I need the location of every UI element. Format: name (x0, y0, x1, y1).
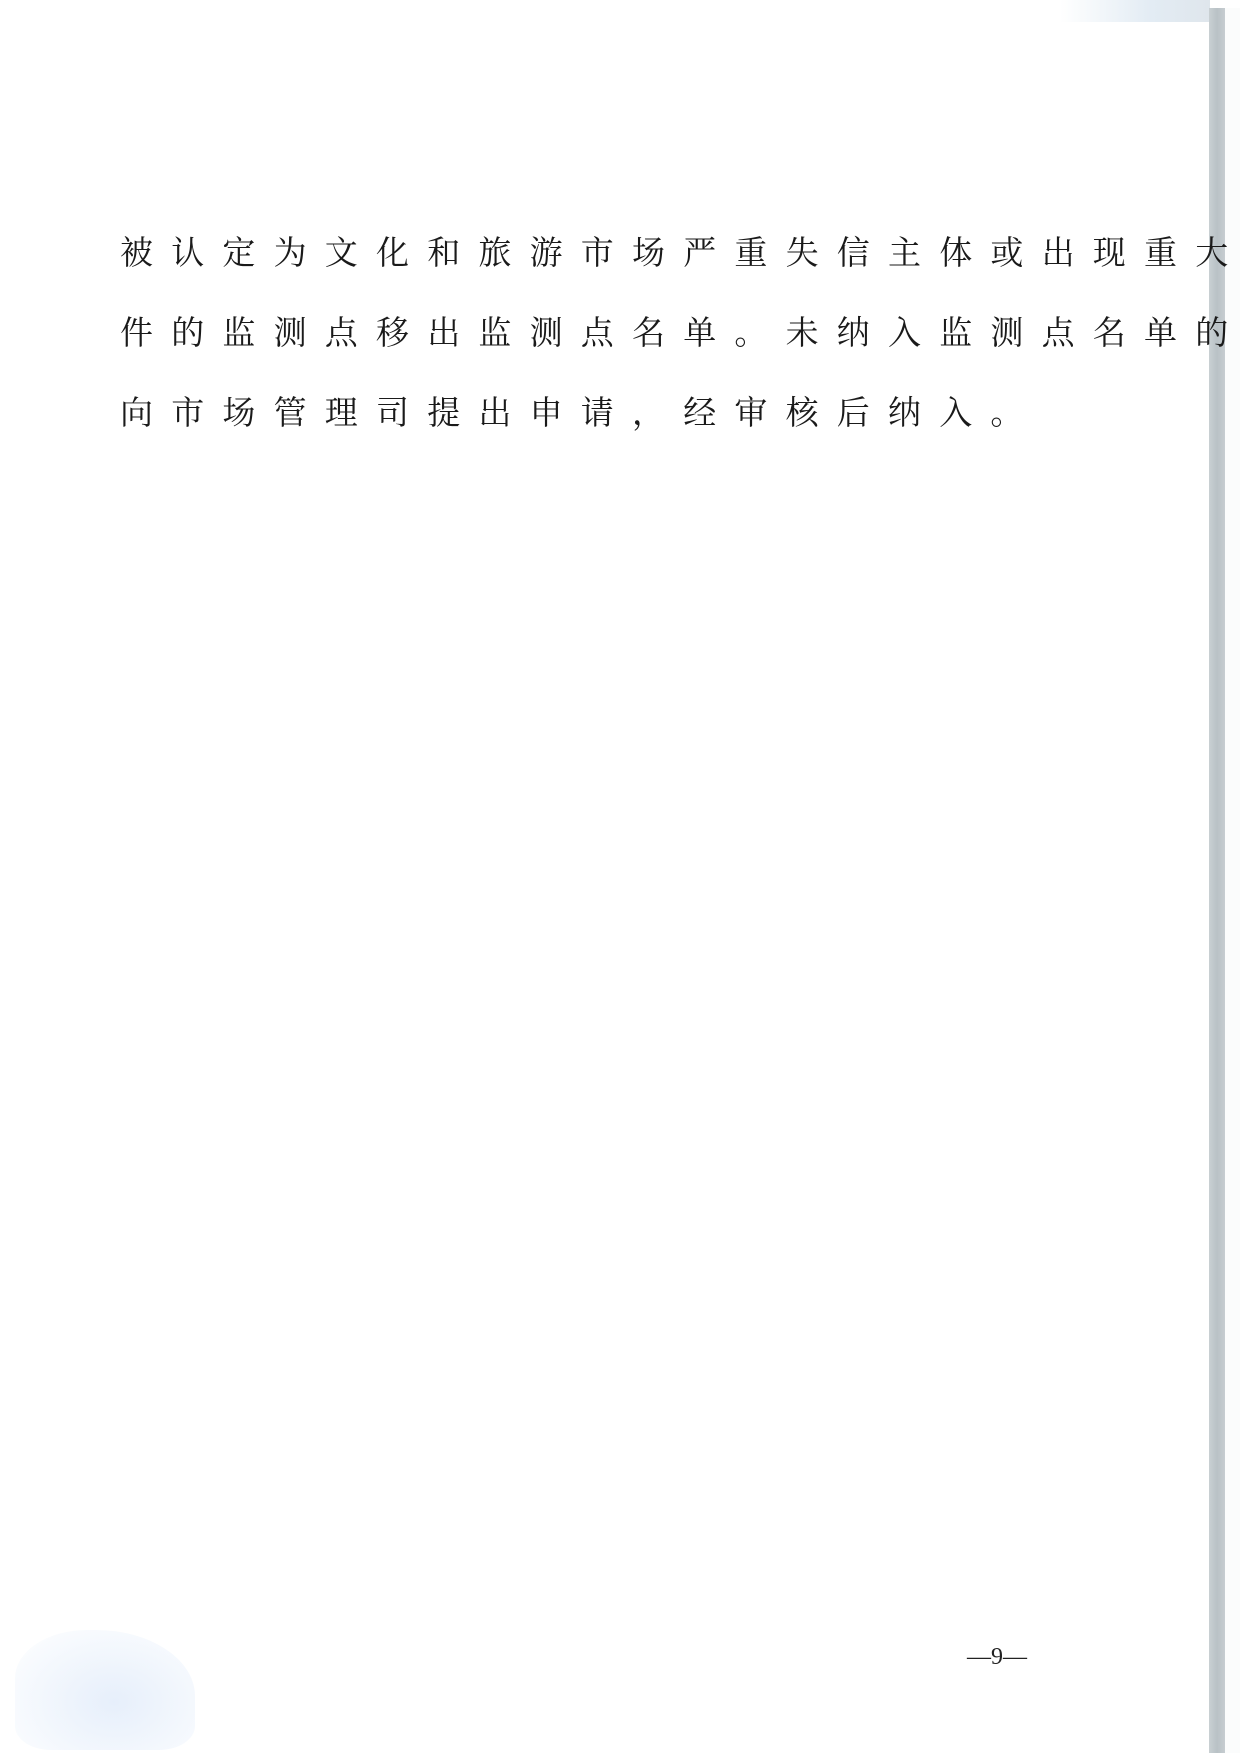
body-line-2: 件的监测点移出监测点名单。未纳入监测点名单的区县或企业可 (120, 293, 1080, 373)
scan-stain (15, 1630, 195, 1750)
scan-shadow-top (1060, 0, 1210, 22)
body-paragraph: 被认定为文化和旅游市场严重失信主体或出现重大服务质量事 件的监测点移出监测点名单… (120, 213, 1080, 453)
document-page: 被认定为文化和旅游市场严重失信主体或出现重大服务质量事 件的监测点移出监测点名单… (0, 0, 1240, 1753)
page-number: —9— (962, 1644, 1032, 1671)
body-line-3: 向市场管理司提出申请，经审核后纳入。 (120, 373, 1080, 453)
body-line-1: 被认定为文化和旅游市场严重失信主体或出现重大服务质量事 (120, 213, 1080, 293)
